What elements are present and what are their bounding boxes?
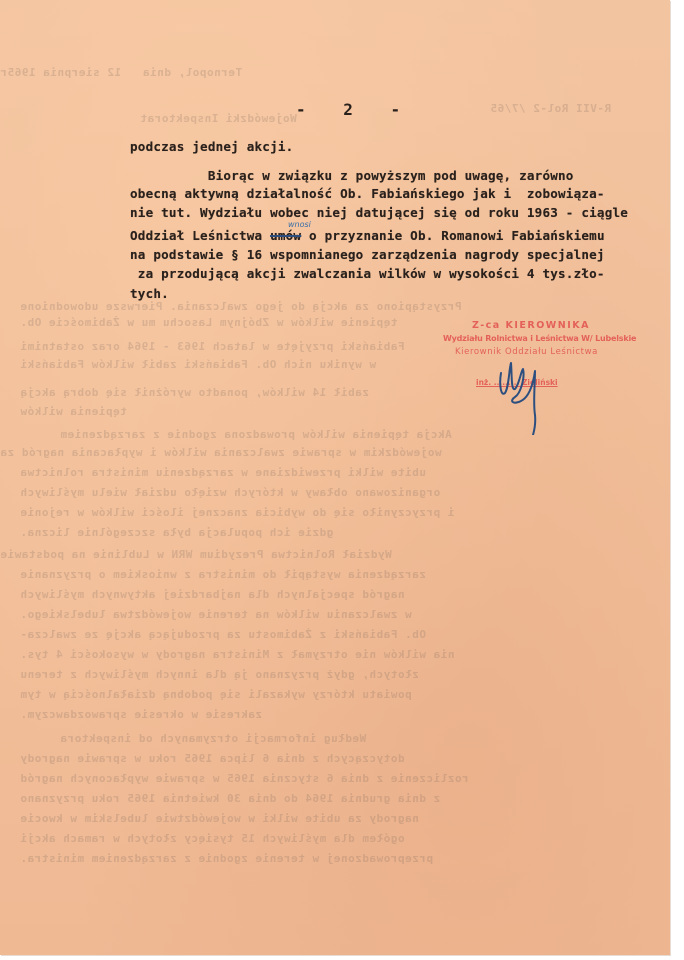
struck-word: umów	[270, 228, 301, 243]
bleed-through-text: zakresie w okresie sprawozdawczym.	[20, 708, 262, 721]
bleed-through-text: Według informacji otrzymanych od inspekt…	[60, 732, 366, 745]
stamp-title: Z-ca KIEROWNIKA	[472, 320, 590, 331]
bleed-through-text: rozliczenie z dnia 6 stycznia 1965 w spr…	[20, 772, 469, 785]
body-line-7: za przodującą akcji zwalczania wilków w …	[130, 266, 605, 281]
stamp-department: Wydziału Rolnictwa i Leśnictwa W/ Lubels…	[443, 334, 636, 343]
bleed-through-text: zabił 14 wilków, ponadto wyróżnił się do…	[20, 386, 369, 399]
bleed-through-text: i przyczyniło się do wybicia znacznej il…	[20, 506, 454, 519]
bleed-through-text: tępienie wilków w Zbójnym Lasochu mu w Ż…	[20, 316, 398, 329]
bleed-through-text: w wyniku nich Ob. Fabiański zabił wilków…	[20, 358, 376, 371]
bleed-through-text: ubite wilki przewidziane w zarządzeniu m…	[20, 466, 426, 479]
bleed-through-text: powiatu którzy wykazali się podobną dzia…	[20, 688, 412, 701]
body-line-1: podczas jednej akcji.	[130, 139, 293, 154]
bleed-through-text: z dnia grudnia 1964 do dnia 30 kwietnia …	[20, 792, 440, 805]
body-line-6: na podstawie § 16 wspomnianego zarządzen…	[130, 247, 605, 262]
bleed-through-text: złotych, gdyż przyznano ją dla innych my…	[20, 668, 419, 681]
bleed-through-text: w zwalczaniu wilków na terenie województ…	[20, 608, 412, 621]
bleed-through-text: Wydział Rolnictwa Prezydium WRN w Lublin…	[0, 548, 392, 561]
document-page: Ternopol, dnia 12 sierpnia 1965r R-VII R…	[0, 0, 670, 955]
bleed-through-text: Akcja tępienia wilków prowadzona zgodnie…	[60, 428, 452, 441]
bleed-through-text: dotyczących z dnia 6 lipca 1965 roku w s…	[20, 752, 405, 765]
body-line-8: tych.	[130, 286, 169, 301]
bleed-through-text: przeprowadzonej w terenie zgodnie z zarz…	[20, 852, 433, 865]
bleed-through-text: Fabiański przyjęte w latach 1963 - 1964 …	[20, 340, 405, 353]
body-line-5: Oddział Leśnictwa umów o przyznanie Ob. …	[130, 228, 605, 243]
bleed-through-text: Ob. Fabiański z Żabimostu za przodującą …	[20, 628, 426, 641]
body-line-3: obecną aktywną działalność Ob. Fabiański…	[130, 186, 605, 201]
bleed-through-text: tępienia wilków	[20, 405, 127, 418]
bleed-through-text: wojewódzkim w sprawie zwalczania wilków …	[0, 446, 442, 459]
bleed-through-text: gdzie ich populacja była szczególnie lic…	[20, 526, 333, 539]
body-line-5-before: Oddział Leśnictwa	[130, 228, 270, 243]
signature-icon	[495, 355, 565, 435]
bleed-through-text: nagród specjalnych dla najbardziej aktyw…	[20, 588, 405, 601]
bleed-through-text: nia wilków nie otrzymał z Ministra nagro…	[20, 648, 454, 661]
bleed-through-text: organizowano obławy w których wzięło udz…	[20, 486, 440, 499]
bleed-through-text: ogółem dla myśliwych 15 tysięcy złotych …	[20, 832, 405, 845]
bleed-through-text: nagrody za ubite wilki w województwie lu…	[20, 812, 419, 825]
bleed-through-text: R-VII Rol-2 /7/65	[490, 102, 611, 115]
body-line-2: Biorąc w związku z powyższym pod uwagę, …	[130, 168, 574, 183]
bleed-through-text: Przystąpiono za akcją do jego zwalczania…	[20, 300, 462, 313]
body-line-5-after: o przyznanie Ob. Romanowi Fabiańskiemu	[301, 228, 605, 243]
bleed-through-text: Ternopol, dnia 12 sierpnia 1965r	[0, 66, 242, 79]
bleed-through-text: Wojewódzki Inspektorat	[140, 112, 297, 125]
bleed-through-text: zarządzenia wystąpił do ministra z wnios…	[20, 568, 426, 581]
body-line-4: nie tut. Wydziału wobec niej datującej s…	[130, 205, 628, 220]
page-number: - 2 -	[296, 100, 414, 119]
